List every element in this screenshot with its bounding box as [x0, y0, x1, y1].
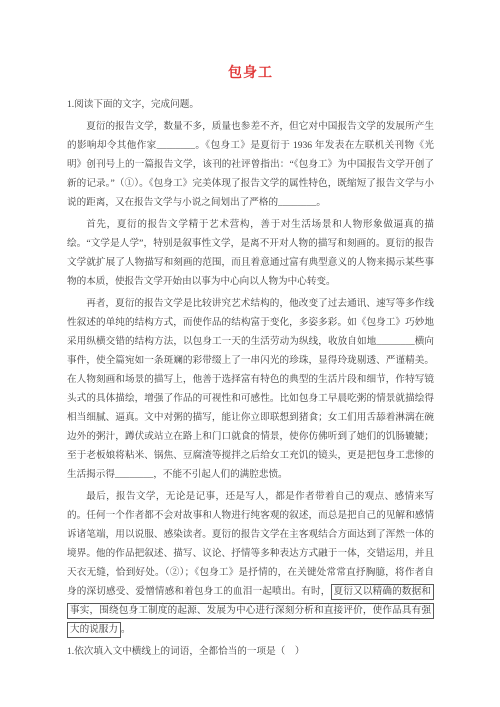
instruction-line: 1.阅读下面的文字，完成问题。: [67, 95, 434, 114]
paragraph-second-point: 再者，夏衍的报告文学是比较讲究艺术结构的，他改变了过去通讯、速写等多作线性叙述的…: [67, 294, 434, 484]
paragraph-last-point-text: 最后，报告文学，无论是记事，还是写人，都是作者带着自己的观点、感情来写的。任何一…: [67, 491, 434, 597]
paragraph-first-point: 首先，夏衍的报告文学精于艺术营构，善于对生活场景和人物形象做逼真的描绘。“文学是…: [67, 215, 434, 291]
document-page: 包身工 1.阅读下面的文字，完成问题。 夏衍的报告文学，数量不多，质量也参差不齐…: [0, 0, 500, 707]
paragraph-overview: 夏衍的报告文学，数量不多，质量也参差不齐，但它对中国报告文学的发展所产生的影响却…: [67, 117, 434, 212]
document-title: 包身工: [67, 62, 434, 82]
question-line: 1.依次填入文中横线上的词语，全都恰当的一项是（ ）: [67, 642, 434, 661]
paragraph-last-point: 最后，报告文学，无论是记事，还是写人，都是作者带着自己的观点、感情来写的。任何一…: [67, 487, 434, 639]
paragraph-last-point-end: 。: [121, 624, 131, 635]
